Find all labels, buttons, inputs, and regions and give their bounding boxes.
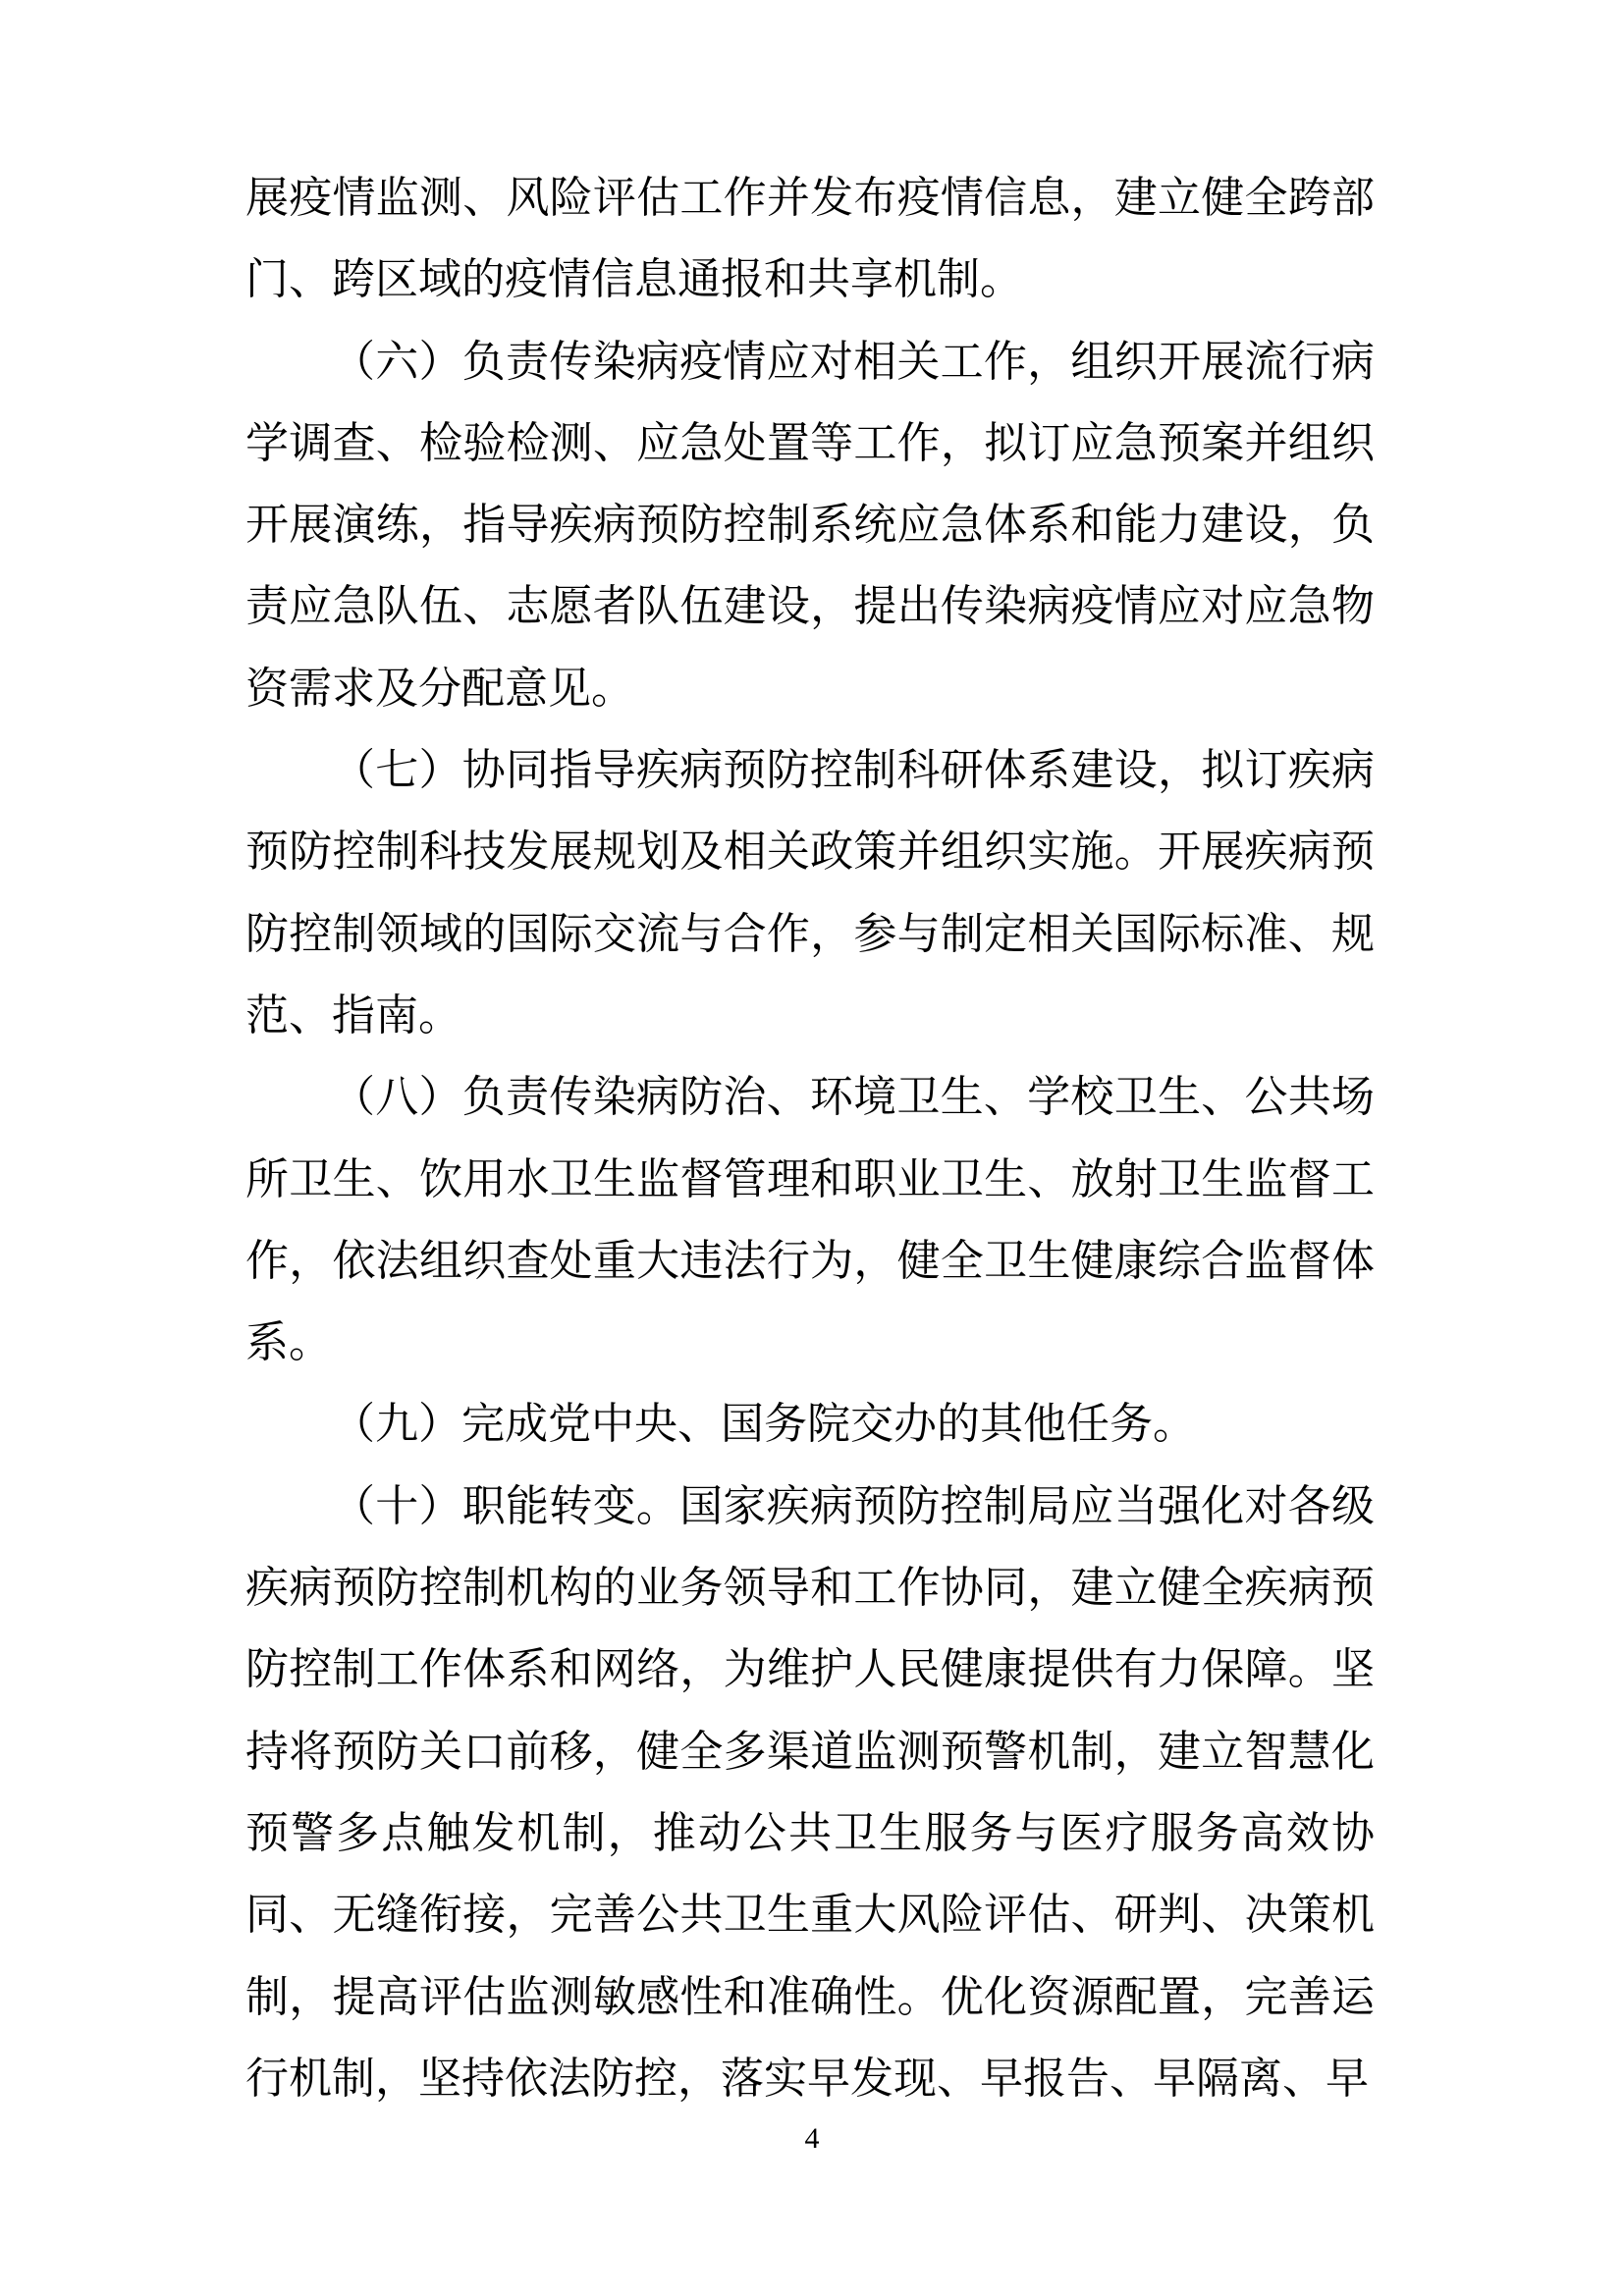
paragraph: （十）职能转变。国家疾病预防控制局应当强化对各级疾病预防控制机构的业务领导和工作… <box>245 1466 1375 2119</box>
paragraph: 展疫情监测、风险评估工作并发布疫情信息，建立健全跨部门、跨区域的疫情信息通报和共… <box>245 157 1375 321</box>
paragraph: （六）负责传染病疫情应对相关工作，组织开展流行病学调查、检验检测、应急处置等工作… <box>245 321 1375 729</box>
paragraph: （八）负责传染病防治、环境卫生、学校卫生、公共场所卫生、饮用水卫生监督管理和职业… <box>245 1056 1375 1383</box>
document-page: 展疫情监测、风险评估工作并发布疫情信息，建立健全跨部门、跨区域的疫情信息通报和共… <box>0 0 1624 2296</box>
paragraph: （七）协同指导疾病预防控制科研体系建设，拟订疾病预防控制科技发展规划及相关政策并… <box>245 729 1375 1056</box>
document-text: 展疫情监测、风险评估工作并发布疫情信息，建立健全跨部门、跨区域的疫情信息通报和共… <box>245 157 1375 2119</box>
paragraph: （九）完成党中央、国务院交办的其他任务。 <box>245 1383 1375 1465</box>
page-number: 4 <box>0 2122 1624 2156</box>
